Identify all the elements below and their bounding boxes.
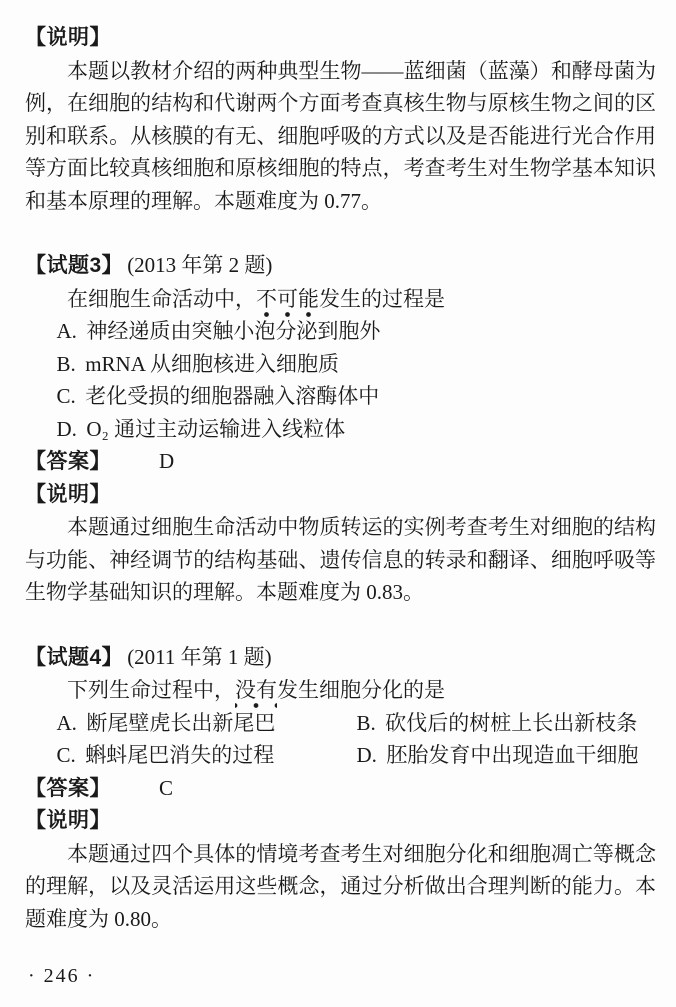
question-3-stem: 在细胞生命活动中，不可能发生的过程是 — [67, 283, 656, 316]
question-4-stem: 下列生命过程中，没有发生细胞分化的是 — [67, 674, 656, 707]
document-page: { "page": { "footer": "· 246 ·" }, "expl… — [0, 0, 676, 1007]
option-text: 神经递质由突触小泡分泌到胞外 — [86, 319, 380, 343]
option-row-c: C.老化受损的细胞器融入溶酶体中 — [57, 380, 657, 413]
option-text: 断尾壁虎长出新尾巴 — [86, 711, 275, 735]
answer-value: C — [159, 776, 173, 800]
question-3-header-line: 【试题3】(2013 年第 2 题) — [25, 249, 656, 283]
question-4-source: (2011 年第 1 题) — [127, 645, 271, 669]
option-row-d: D.O₂ 通过主动运输进入线粒体 — [57, 413, 657, 446]
option-row-b: B.mRNA 从细胞核进入细胞质 — [57, 348, 657, 381]
explanation-header: 【说明】 — [25, 805, 656, 838]
answer-label: 【答案】 — [25, 777, 111, 800]
question-3-header: 【试题3】 — [25, 254, 123, 277]
option-text: 胚胎发育中出现造血干细胞 — [386, 743, 638, 767]
stem-text-pre: 下列生命过程中， — [67, 678, 235, 702]
stem-text-post: 发生细胞分化的是 — [277, 678, 445, 702]
page-number: · 246 · — [28, 960, 95, 993]
option-row-b: B.砍伐后的树桩上长出新枝条 — [357, 707, 657, 740]
explanation-paragraph: 本题通过细胞生命活动中物质转运的实例考查考生对细胞的结构与功能、神经调节的结构基… — [25, 511, 656, 609]
option-label: D. — [357, 739, 377, 772]
option-label: A. — [57, 707, 77, 740]
option-row-c: C.蝌蚪尾巴消失的过程 — [57, 739, 357, 772]
option-row-a: A.神经递质由突触小泡分泌到胞外 — [57, 315, 657, 348]
explanation-paragraph: 本题以教材介绍的两种典型生物——蓝细菌（蓝藻）和酵母菌为例，在细胞的结构和代谢两… — [25, 55, 656, 218]
explanation-section-3: 【说明】 本题通过四个具体的情境考查考生对细胞分化和细胞凋亡等概念的理解，以及灵… — [25, 805, 656, 935]
question-3-section: 【试题3】(2013 年第 2 题) 在细胞生命活动中，不可能发生的过程是 A.… — [25, 249, 656, 479]
question-4-answer-line: 【答案】C — [25, 772, 656, 806]
question-3-options: A.神经递质由突触小泡分泌到胞外 B.mRNA 从细胞核进入细胞质 C.老化受损… — [57, 315, 657, 445]
question-4-header: 【试题4】 — [25, 646, 123, 669]
option-text: 蝌蚪尾巴消失的过程 — [85, 743, 274, 767]
option-text: O₂ 通过主动运输进入线粒体 — [86, 417, 345, 441]
answer-label: 【答案】 — [25, 450, 111, 473]
stem-text-post: 发生的过程是 — [319, 287, 445, 311]
explanation-header: 【说明】 — [25, 479, 656, 512]
option-row-a: A.断尾壁虎长出新尾巴 — [57, 707, 357, 740]
option-label: C. — [57, 739, 76, 772]
explanation-section-1: 【说明】 本题以教材介绍的两种典型生物——蓝细菌（蓝藻）和酵母菌为例，在细胞的结… — [25, 22, 656, 217]
answer-value: D — [159, 449, 174, 473]
question-4-options: A.断尾壁虎长出新尾巴 B.砍伐后的树桩上长出新枝条 C.蝌蚪尾巴消失的过程 D… — [57, 707, 657, 772]
option-row-d: D.胚胎发育中出现造血干细胞 — [357, 739, 657, 772]
stem-text-pre: 在细胞生命活动中， — [67, 287, 256, 311]
option-label: C. — [57, 380, 76, 413]
question-4-header-line: 【试题4】(2011 年第 1 题) — [25, 641, 656, 675]
option-label: B. — [357, 707, 376, 740]
option-text: 砍伐后的树桩上长出新枝条 — [385, 711, 637, 735]
explanation-header: 【说明】 — [25, 22, 656, 55]
explanation-paragraph: 本题通过四个具体的情境考查考生对细胞分化和细胞凋亡等概念的理解，以及灵活运用这些… — [25, 838, 656, 936]
question-3-answer-line: 【答案】D — [25, 445, 656, 479]
question-3-source: (2013 年第 2 题) — [127, 253, 272, 277]
option-label: A. — [57, 315, 77, 348]
option-text: mRNA 从细胞核进入细胞质 — [85, 352, 339, 376]
option-label: B. — [57, 348, 76, 381]
question-4-section: 【试题4】(2011 年第 1 题) 下列生命过程中，没有发生细胞分化的是 A.… — [25, 641, 656, 806]
explanation-section-2: 【说明】 本题通过细胞生命活动中物质转运的实例考查考生对细胞的结构与功能、神经调… — [25, 479, 656, 609]
option-label: D. — [57, 413, 77, 446]
stem-text-emphasized: 不可能 — [256, 287, 319, 317]
stem-text-emphasized: 没有 — [235, 678, 277, 708]
option-text: 老化受损的细胞器融入溶酶体中 — [85, 384, 379, 408]
